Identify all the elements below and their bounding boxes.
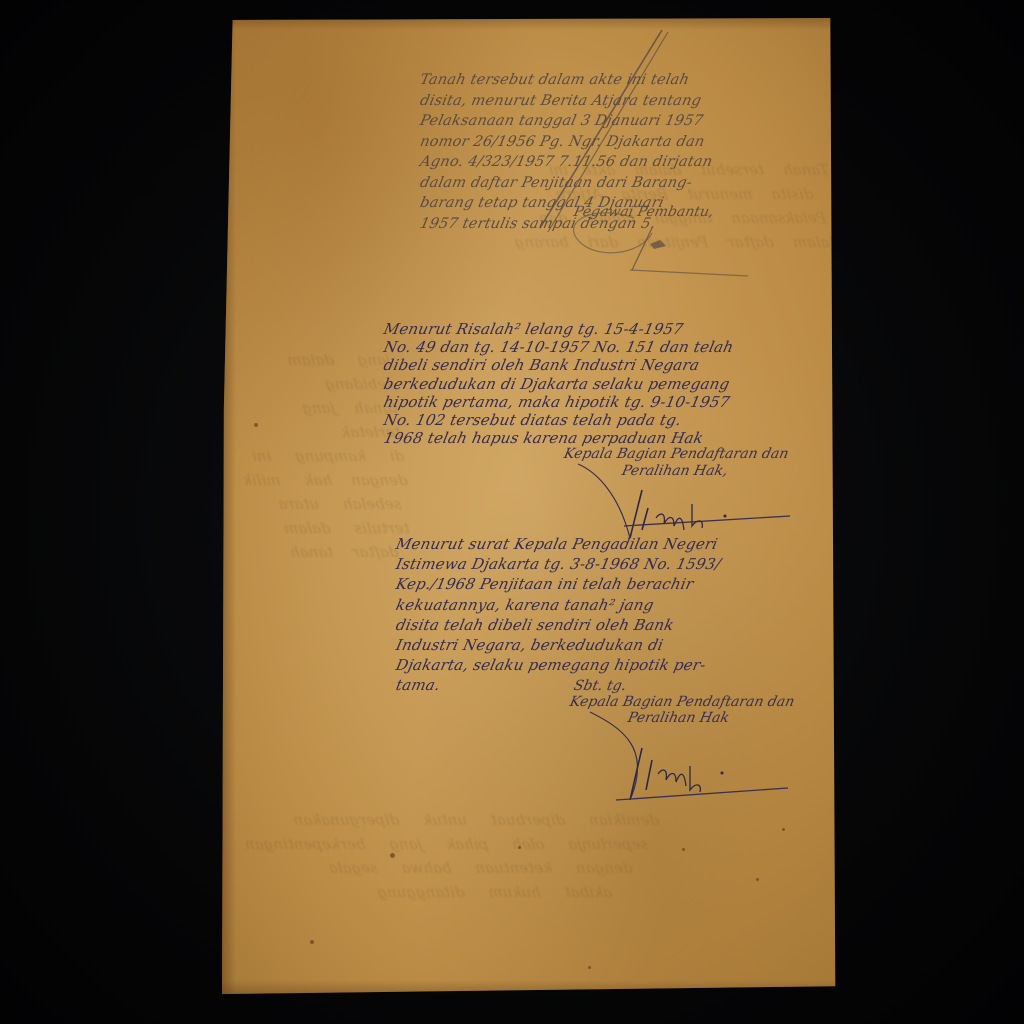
paragraph-auction-note: Menurut Risalah² lelang tg. 15-4-1957 No…	[382, 320, 731, 447]
text-line: Kep./1968 Penjitaan ini telah berachir	[394, 574, 723, 594]
text-line: 1968 telah hapus karena perpaduan Hak	[382, 429, 735, 447]
text-line: Industri Negara, berkedudukan di	[394, 635, 723, 655]
stain	[588, 966, 591, 969]
text-line: nomor 26/1956 Pg. Ngr. Djakarta dan	[418, 132, 714, 153]
text-line: Menurut Risalah² lelang tg. 15-4-1957	[382, 320, 735, 338]
stain	[756, 878, 759, 881]
signatory-label: Sbt. tg.	[568, 678, 796, 694]
paragraph-court-letter-note: Menurut surat Kepala Pengadilan Negeri I…	[394, 534, 719, 696]
text-line: kekuatannya, karena tanah² jang	[394, 595, 723, 615]
stain	[390, 853, 395, 858]
signatory-title-2: Kepala Bagian Pendaftaran dan Peralihan …	[564, 446, 788, 480]
signatory-title-1: Pegawai Pembantu,	[574, 204, 713, 220]
stain	[782, 828, 785, 831]
signatory-label: Peralihan Hak,	[562, 463, 790, 480]
bleed-through-text: demikian diperbuat untuk dipergunakan se…	[235, 808, 670, 904]
text-line: hipotik pertama, maka hipotik tg. 9-10-1…	[382, 393, 735, 411]
signatory-title-3: Sbt. tg. Kepala Bagian Pendaftaran dan P…	[570, 678, 794, 726]
text-line: berkedudukan di Djakarta selaku pemegang	[382, 375, 735, 393]
signatory-label: Peralihan Hak	[568, 710, 796, 726]
text-line: dibeli sendiri oleh Bank Industri Negara	[382, 356, 735, 374]
text-line: Pelaksanaan tanggal 3 Djanuari 1957	[418, 111, 714, 132]
text-line: Tanah tersebut dalam akte ini telah	[418, 70, 714, 91]
stain	[518, 846, 521, 849]
document-page: Tanah tersebut dalam akte ini disita men…	[222, 18, 844, 994]
text-line: disita, menurut Berita Atjara tentang	[418, 91, 714, 112]
signatory-label: Kepala Bagian Pendaftaran dan	[562, 446, 790, 463]
text-line: Djakarta, selaku pemegang hipotik per-	[394, 655, 723, 675]
signatory-label: Pegawai Pembantu,	[572, 204, 715, 220]
text-line: Istimewa Djakarta tg. 3-8-1968 No. 1593/	[394, 554, 723, 574]
photo-backdrop: Tanah tersebut dalam akte ini disita men…	[0, 0, 1024, 1024]
stain	[310, 940, 314, 944]
text-line: Agno. 4/323/1957 7.11.56 dan dirjatan	[418, 152, 714, 173]
text-line: Menurut surat Kepala Pengadilan Negeri	[394, 534, 723, 554]
signatory-label: Kepala Bagian Pendaftaran dan	[568, 694, 796, 710]
stain	[254, 423, 258, 427]
text-line: No. 102 tersebut diatas telah pada tg.	[382, 411, 735, 429]
text-line: dalam daftar Penjitaan dari Barang-	[418, 173, 714, 194]
stain	[682, 848, 685, 851]
text-line: disita telah dibeli sendiri oleh Bank	[394, 615, 723, 635]
text-line: No. 49 dan tg. 14-10-1957 No. 151 dan te…	[382, 338, 735, 356]
